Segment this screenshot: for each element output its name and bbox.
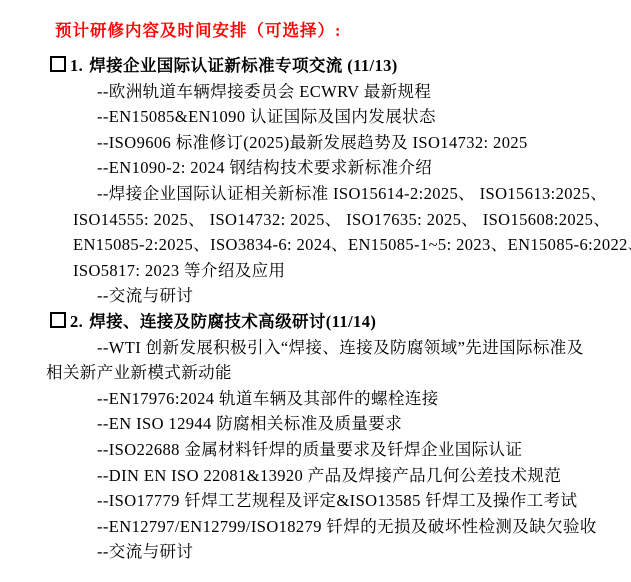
content-line: 相关新产业新模式新动能 <box>46 360 631 386</box>
section-1-header: 1.焊接企业国际认证新标准专项交流 (11/13) <box>50 53 631 79</box>
content-line: ISO5817: 2023 等介绍及应用 <box>73 258 631 284</box>
section-1-number: 1. <box>70 56 83 75</box>
content-line: --WTI 创新发展积极引入“焊接、连接及防腐领域”先进国际标准及 <box>97 335 631 361</box>
checkbox-section-1[interactable] <box>50 56 66 72</box>
content-line: --焊接企业国际认证相关新标准 ISO15614-2:2025、 ISO1561… <box>97 181 631 207</box>
content-line: --EN12797/EN12799/ISO18279 钎焊的无损及破坏性检测及缺… <box>97 514 631 540</box>
content-line: --ISO17779 钎焊工艺规程及评定&ISO13585 钎焊工及操作工考试 <box>97 488 631 514</box>
content-line: --欧洲轨道车辆焊接委员会 ECWRV 最新规程 <box>97 79 631 105</box>
content-line: --EN15085&EN1090 认证国际及国内发展状态 <box>97 104 631 130</box>
content-line: EN15085-2:2025、ISO3834-6: 2024、EN15085-1… <box>73 232 631 258</box>
content-line: --EN1090-2: 2024 钢结构技术要求新标准介绍 <box>97 155 631 181</box>
section-2-number: 2. <box>70 312 83 331</box>
content-line: --交流与研讨 <box>97 283 631 309</box>
content-line: --ISO9606 标准修订(2025)最新发展趋势及 ISO14732: 20… <box>97 130 631 156</box>
section-1-title: 焊接企业国际认证新标准专项交流 (11/13) <box>89 56 398 75</box>
content-line: --DIN EN ISO 22081&13920 产品及焊接产品几何公差技术规范 <box>97 463 631 489</box>
doc-heading: 预计研修内容及时间安排（可选择）: <box>55 19 631 43</box>
document-page: 预计研修内容及时间安排（可选择）: 1.焊接企业国际认证新标准专项交流 (11/… <box>0 0 631 582</box>
checkbox-section-2[interactable] <box>50 312 66 328</box>
content-line: --EN ISO 12944 防腐相关标准及质量要求 <box>97 411 631 437</box>
section-2-title: 焊接、连接及防腐技术高级研讨(11/14) <box>89 312 376 331</box>
content-line: --ISO22688 金属材料钎焊的质量要求及钎焊企业国际认证 <box>97 437 631 463</box>
content-line: --交流与研讨 <box>97 539 631 565</box>
content-line: --EN17976:2024 轨道车辆及其部件的螺栓连接 <box>97 386 631 412</box>
content-line: ISO14555: 2025、 ISO14732: 2025、 ISO17635… <box>73 207 631 233</box>
section-2-header: 2.焊接、连接及防腐技术高级研讨(11/14) <box>50 309 631 335</box>
